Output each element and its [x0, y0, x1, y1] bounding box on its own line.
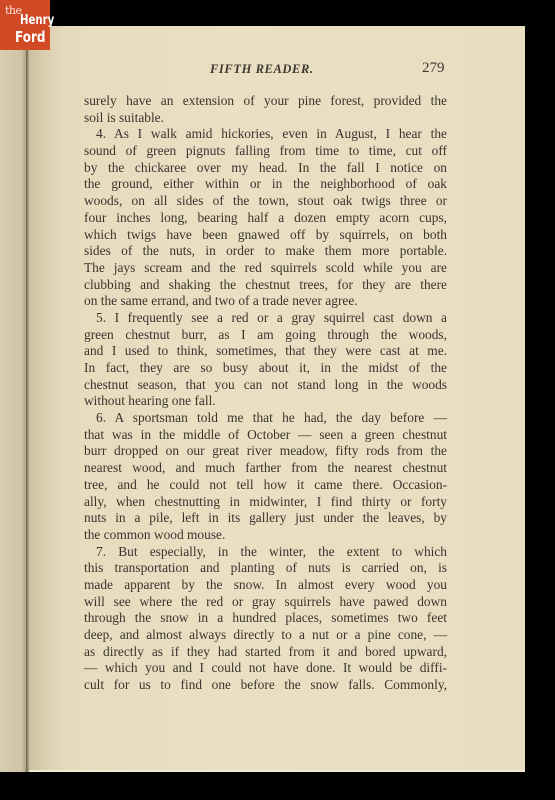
text-line: chestnut season, that you can not stand …: [84, 377, 447, 394]
paragraph-5-start: 5. I frequently see a red or a gray squi…: [84, 310, 447, 327]
text-line: four inches long, bearing half a dozen e…: [84, 210, 447, 227]
text-line: deep, and almost always directly to a nu…: [84, 627, 447, 644]
text-line: by the chickaree over my head. In the fa…: [84, 160, 447, 177]
text-line: the common wood mouse.: [84, 527, 447, 544]
text-line: without hearing one fall.: [84, 393, 447, 410]
text-line: on the same errand, and two of a trade n…: [84, 293, 447, 310]
text-line: ally, when chestnutting in midwinter, I …: [84, 494, 447, 511]
text-line: The jays scream and the red squirrels sc…: [84, 260, 447, 277]
previous-page-edge: [0, 26, 27, 772]
text-line: that was in the middle of October — seen…: [84, 427, 447, 444]
text-line: sound of green pignuts falling from time…: [84, 143, 447, 160]
body-text: surely have an extension of your pine fo…: [84, 93, 447, 694]
henry-ford-logo: the Henry Ford: [0, 0, 50, 50]
text-line: as directly as if they had started from …: [84, 644, 447, 661]
text-line: nuts in a pile, left in its gallery just…: [84, 510, 447, 527]
logo-ford: Ford: [15, 28, 45, 46]
paragraph-4-start: 4. As I walk amid hickories, even in Aug…: [84, 126, 447, 143]
text-line: will see where the red or gray squirrels…: [84, 594, 447, 611]
text-line: through the snow in a hundred places, so…: [84, 610, 447, 627]
text-line: burr dropped on our great river meadow, …: [84, 443, 447, 460]
text-line: made apparent by the snow. In almost eve…: [84, 577, 447, 594]
text-line: surely have an extension of your pine fo…: [84, 93, 447, 110]
text-line: clubbing and shaking the chestnut trees,…: [84, 277, 447, 294]
paragraph-7-start: 7. But especially, in the winter, the ex…: [84, 544, 447, 561]
text-line: this transportation and planting of nuts…: [84, 560, 447, 577]
logo-henry: Henry: [20, 13, 54, 28]
text-line: green chestnut burr, as I am going throu…: [84, 327, 447, 344]
running-head: FIFTH READER.: [210, 62, 314, 77]
text-line: In fact, they are so busy about it, in t…: [84, 360, 447, 377]
paragraph-6-start: 6. A sportsman told me that he had, the …: [84, 410, 447, 427]
text-line: — which you and I could not have done. I…: [84, 660, 447, 677]
text-line: tree, and he could not tell how it came …: [84, 477, 447, 494]
text-line: and I used to think, sometimes, that the…: [84, 343, 447, 360]
text-line: the ground, either within or in the neig…: [84, 176, 447, 193]
text-line: woods, on all sides of the town, stout o…: [84, 193, 447, 210]
text-line: cult for us to find one before the snow …: [84, 677, 447, 694]
page-number: 279: [422, 60, 445, 77]
text-line: nearest wood, and much farther from the …: [84, 460, 447, 477]
text-line: which twigs have been gnawed off by squi…: [84, 227, 447, 244]
text-line: soil is suitable.: [84, 110, 447, 127]
text-line: sides of the nuts, in order to make them…: [84, 243, 447, 260]
